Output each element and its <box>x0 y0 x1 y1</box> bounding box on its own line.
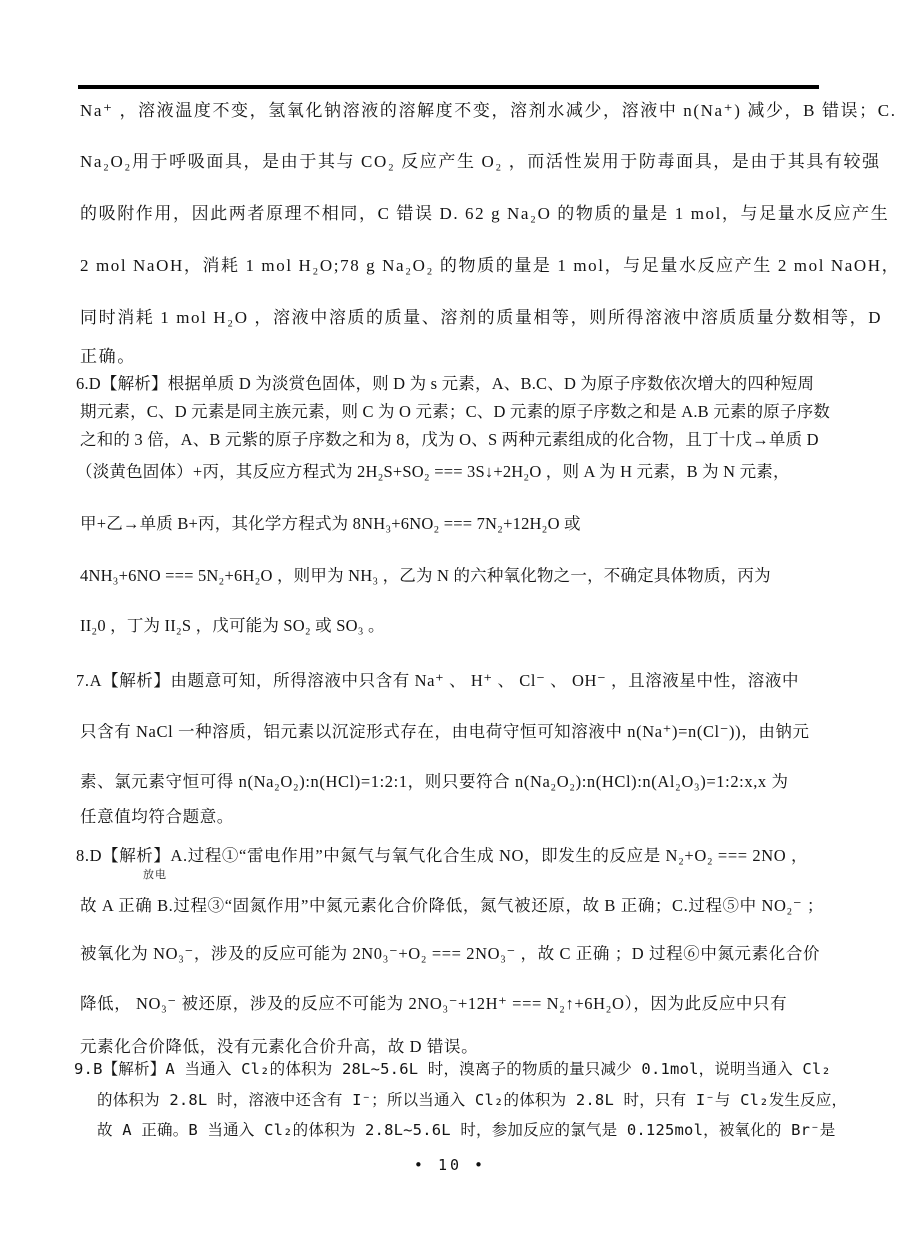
q7-analysis-line: 任意值均符合题意。 <box>80 806 870 828</box>
q9-analysis-line: 的体积为 2.8L 时，溶液中还含有 I⁻；所以当通入 Cl₂的体积为 2.8L… <box>97 1089 887 1111</box>
q6-analysis-line: 期元素，C、D 元素是同主族元素，则 C 为 O 元素；C、D 元素的原子序数之… <box>80 401 870 423</box>
q7-analysis-line: 素、氯元素守恒可得 n(Na₂O₂):n(HCl)=1:2:1，则只要符合 n(… <box>80 771 870 793</box>
q8-analysis-line: 8.D【解析】A.过程①“雷电作用”中氮气与氧气化合生成 NO，即发生的反应是 … <box>76 845 866 867</box>
q6-analysis-line: 之和的 3 倍，A、B 元紫的原子序数之和为 8，戊为 O、S 两种元素组成的化… <box>80 429 870 451</box>
document-page: Na⁺ ，溶液温度不变，氢氧化钠溶液的溶解度不变，溶剂水减少，溶液中 n(Na⁺… <box>0 0 900 1246</box>
equation-condition-label: 放电 <box>143 866 167 882</box>
q9-analysis-line: 故 A 正确。B 当通入 Cl₂的体积为 2.8L~5.6L 时，参加反应的氯气… <box>97 1119 887 1141</box>
q7-analysis-line: 只含有 NaCl 一种溶质，铝元素以沉淀形式存在，由电荷守恒可知溶液中 n(Na… <box>80 721 870 743</box>
q6-analysis-line: 4NH₃+6NO === 5N₂+6H₂O ，则甲为 NH₃ ，乙为 N 的六种… <box>80 565 870 587</box>
q5-analysis-line: Na⁺ ，溶液温度不变，氢氧化钠溶液的溶解度不变，溶剂水减少，溶液中 n(Na⁺… <box>80 100 870 122</box>
q5-analysis-line: 2 mol NaOH，消耗 1 mol H₂O;78 g Na₂O₂ 的物质的量… <box>80 255 870 277</box>
q8-analysis-line: 降低， NO₃⁻ 被还原，涉及的反应不可能为 2NO₃⁻+12H⁺ === N₂… <box>80 993 870 1015</box>
horizontal-rule <box>78 85 819 89</box>
q6-analysis-line: 甲+乙→单质 B+丙，其化学方程式为 8NH₃+6NO₂ === 7N₂+12H… <box>80 513 870 535</box>
q6-analysis-line: 6.D【解析】根据单质 D 为淡赏色固体，则 D 为 s 元素，A、B.C、D … <box>76 373 866 395</box>
q5-analysis-line: Na₂O₂用于呼吸面具，是由于其与 CO₂ 反应产生 O₂ ，而活性炭用于防毒面… <box>80 151 870 173</box>
page-number: • 10 • <box>0 1156 900 1174</box>
q6-analysis-line: II₂0 ，丁为 II₂S ，戊可能为 SO₂ 或 SO₃ 。 <box>80 615 870 637</box>
q8-analysis-line: 被氧化为 NO₃⁻，涉及的反应可能为 2N0₃⁻+O₂ === 2NO₃⁻ ，故… <box>80 943 870 965</box>
q5-analysis-line: 同时消耗 1 mol H₂O ，溶液中溶质的质量、溶剂的质量相等，则所得溶液中溶… <box>80 307 870 329</box>
q9-analysis-line: 9.B【解析】A 当通入 Cl₂的体积为 28L~5.6L 时，溴离子的物质的量… <box>74 1058 864 1080</box>
q5-analysis-line: 的吸附作用，因此两者原理不相同，C 错误 D. 62 g Na₂O 的物质的量是… <box>80 203 870 225</box>
q8-analysis-line: 故 A 正确 B.过程③“固氮作用”中氮元素化合价降低，氮气被还原，故 B 正确… <box>80 895 870 917</box>
q8-analysis-line: 元素化合价降低，没有元素化合价升高，故 D 错误。 <box>80 1036 870 1058</box>
q6-analysis-line: （淡黄色固体）+丙，其反应方程式为 2H₂S+SO₂ === 3S↓+2H₂O … <box>76 461 866 483</box>
q5-analysis-line: 正确。 <box>80 346 870 368</box>
q7-analysis-line: 7.A【解析】由题意可知，所得溶液中只含有 Na⁺ 、 H⁺ 、 Cl⁻ 、 O… <box>76 670 866 692</box>
